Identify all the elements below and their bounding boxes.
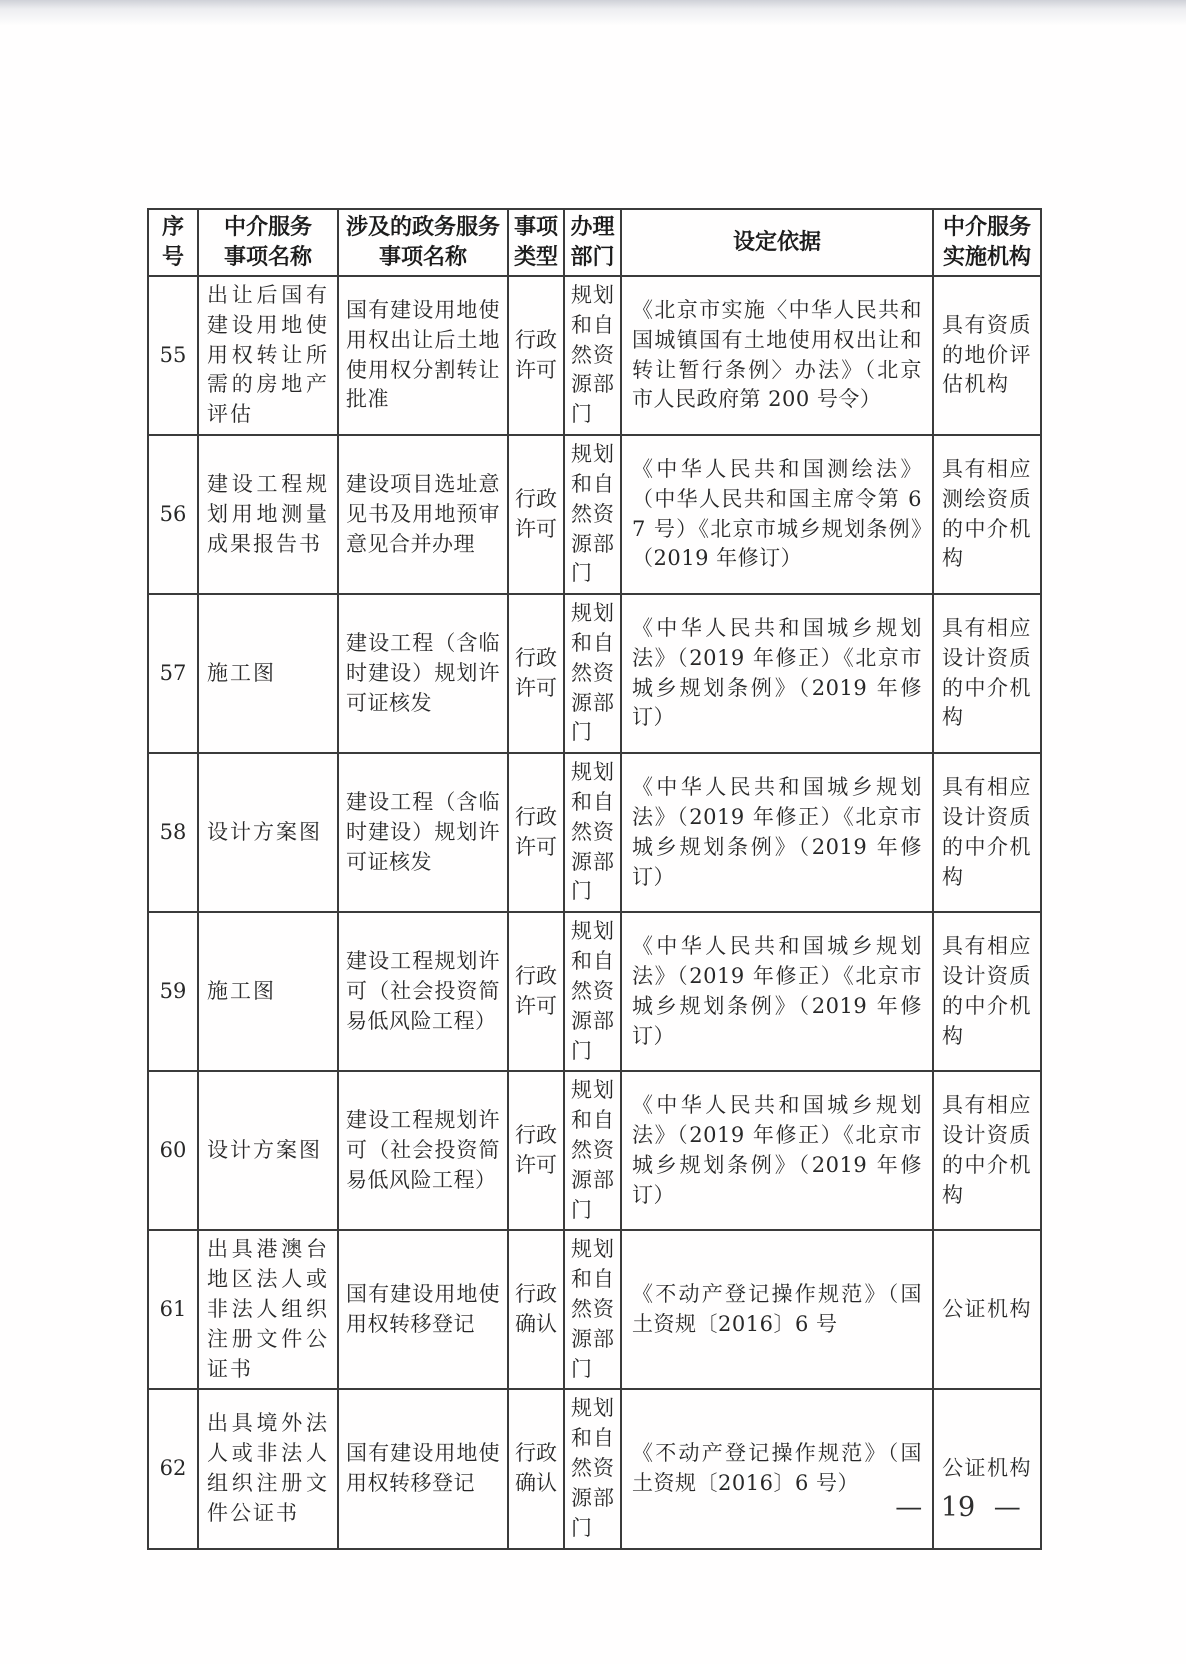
cell-department: 规划和自然资源部门 [564,1389,621,1548]
cell-department: 规划和自然资源部门 [564,435,621,594]
cell-item-type: 行政许可 [508,276,564,435]
table-row-58: 58 设计方案图 建设工程（含临时建设）规划许可证核发 行政许可 规划和自然资源… [148,753,1041,912]
table-row-59: 59 施工图 建设工程规划许可（社会投资简易低风险工程） 行政许可 规划和自然资… [148,912,1041,1071]
table-row-62: 62 出具境外法人或非法人组织注册文件公证书 国有建设用地使用权转移登记 行政确… [148,1389,1041,1548]
cell-related-item: 国有建设用地使用权出让后土地使用权分割转让批准 [338,276,508,435]
cell-basis: 《中华人民共和国测绘法》（中华人民共和国主席令第 67 号）《北京市城乡规划条例… [621,435,933,594]
cell-related-item: 建设工程（含临时建设）规划许可证核发 [338,594,508,753]
header-涉及的政务服务事项名称: 涉及的政务服务 事项名称 [338,209,508,276]
cell-item-type: 行政许可 [508,594,564,753]
table-row-56: 56 建设工程规划用地测量成果报告书 建设项目选址意见书及用地预审意见合并办理 … [148,435,1041,594]
cell-service-name: 施工图 [198,594,338,753]
cell-department: 规划和自然资源部门 [564,912,621,1071]
cell-item-type: 行政许可 [508,1071,564,1230]
cell-basis: 《中华人民共和国城乡规划法》（2019 年修正）《北京市城乡规划条例》（2019… [621,753,933,912]
intermediary-service-items-table: 序号 中介服务 事项名称 涉及的政务服务 事项名称 事项 类型 办理 部门 设定… [147,208,1042,1550]
cell-related-item: 国有建设用地使用权转移登记 [338,1389,508,1548]
table-row-57: 57 施工图 建设工程（含临时建设）规划许可证核发 行政许可 规划和自然资源部门… [148,594,1041,753]
cell-service-name: 出让后国有建设用地使用权转让所需的房地产评估 [198,276,338,435]
cell-service-name: 施工图 [198,912,338,1071]
cell-service-name: 设计方案图 [198,1071,338,1230]
cell-agency: 具有相应设计资质的中介机构 [933,1071,1041,1230]
cell-related-item: 建设工程（含临时建设）规划许可证核发 [338,753,508,912]
cell-agency: 公证机构 [933,1230,1041,1389]
header-中介服务事项名称: 中介服务 事项名称 [198,209,338,276]
cell-item-type: 行政确认 [508,1230,564,1389]
cell-basis: 《北京市实施〈中华人民共和国城镇国有土地使用权出让和转让暂行条例〉办法》（北京市… [621,276,933,435]
cell-agency: 具有相应设计资质的中介机构 [933,912,1041,1071]
header-设定依据: 设定依据 [621,209,933,276]
cell-agency: 具有资质的地价评估机构 [933,276,1041,435]
header-办理部门: 办理 部门 [564,209,621,276]
cell-basis: 《中华人民共和国城乡规划法》（2019 年修正）《北京市城乡规划条例》（2019… [621,1071,933,1230]
document-page: 序号 中介服务 事项名称 涉及的政务服务 事项名称 事项 类型 办理 部门 设定… [0,0,1186,1664]
cell-row-number: 55 [148,276,198,435]
cell-row-number: 57 [148,594,198,753]
cell-item-type: 行政许可 [508,435,564,594]
cell-row-number: 59 [148,912,198,1071]
cell-basis: 《不动产登记操作规范》（国土资规〔2016〕6 号 [621,1230,933,1389]
table-row-61: 61 出具港澳台地区法人或非法人组织注册文件公证书 国有建设用地使用权转移登记 … [148,1230,1041,1389]
cell-agency: 具有相应测绘资质的中介机构 [933,435,1041,594]
header-事项类型: 事项 类型 [508,209,564,276]
table-row-60: 60 设计方案图 建设工程规划许可（社会投资简易低风险工程） 行政许可 规划和自… [148,1071,1041,1230]
cell-department: 规划和自然资源部门 [564,1230,621,1389]
cell-agency: 公证机构 [933,1389,1041,1548]
cell-related-item: 建设工程规划许可（社会投资简易低风险工程） [338,1071,508,1230]
scan-artifact-top-edge [0,0,1186,26]
cell-row-number: 61 [148,1230,198,1389]
cell-service-name: 出具港澳台地区法人或非法人组织注册文件公证书 [198,1230,338,1389]
cell-department: 规划和自然资源部门 [564,753,621,912]
cell-basis: 《中华人民共和国城乡规划法》（2019 年修正）《北京市城乡规划条例》（2019… [621,594,933,753]
cell-row-number: 62 [148,1389,198,1548]
cell-agency: 具有相应设计资质的中介机构 [933,753,1041,912]
page-number: — 19 — [893,1492,1023,1523]
table-header-row: 序号 中介服务 事项名称 涉及的政务服务 事项名称 事项 类型 办理 部门 设定… [148,209,1041,276]
cell-related-item: 国有建设用地使用权转移登记 [338,1230,508,1389]
cell-item-type: 行政许可 [508,753,564,912]
cell-item-type: 行政许可 [508,912,564,1071]
cell-item-type: 行政确认 [508,1389,564,1548]
cell-related-item: 建设工程规划许可（社会投资简易低风险工程） [338,912,508,1071]
cell-basis: 《中华人民共和国城乡规划法》（2019 年修正）《北京市城乡规划条例》（2019… [621,912,933,1071]
cell-service-name: 建设工程规划用地测量成果报告书 [198,435,338,594]
header-中介服务实施机构: 中介服务 实施机构 [933,209,1041,276]
table-row-55: 55 出让后国有建设用地使用权转让所需的房地产评估 国有建设用地使用权出让后土地… [148,276,1041,435]
cell-service-name: 出具境外法人或非法人组织注册文件公证书 [198,1389,338,1548]
cell-row-number: 58 [148,753,198,912]
cell-agency: 具有相应设计资质的中介机构 [933,594,1041,753]
cell-department: 规划和自然资源部门 [564,1071,621,1230]
cell-department: 规划和自然资源部门 [564,276,621,435]
header-序号: 序号 [148,209,198,276]
cell-department: 规划和自然资源部门 [564,594,621,753]
cell-related-item: 建设项目选址意见书及用地预审意见合并办理 [338,435,508,594]
cell-row-number: 60 [148,1071,198,1230]
cell-row-number: 56 [148,435,198,594]
cell-service-name: 设计方案图 [198,753,338,912]
cell-basis: 《不动产登记操作规范》（国土资规〔2016〕6 号） [621,1389,933,1548]
